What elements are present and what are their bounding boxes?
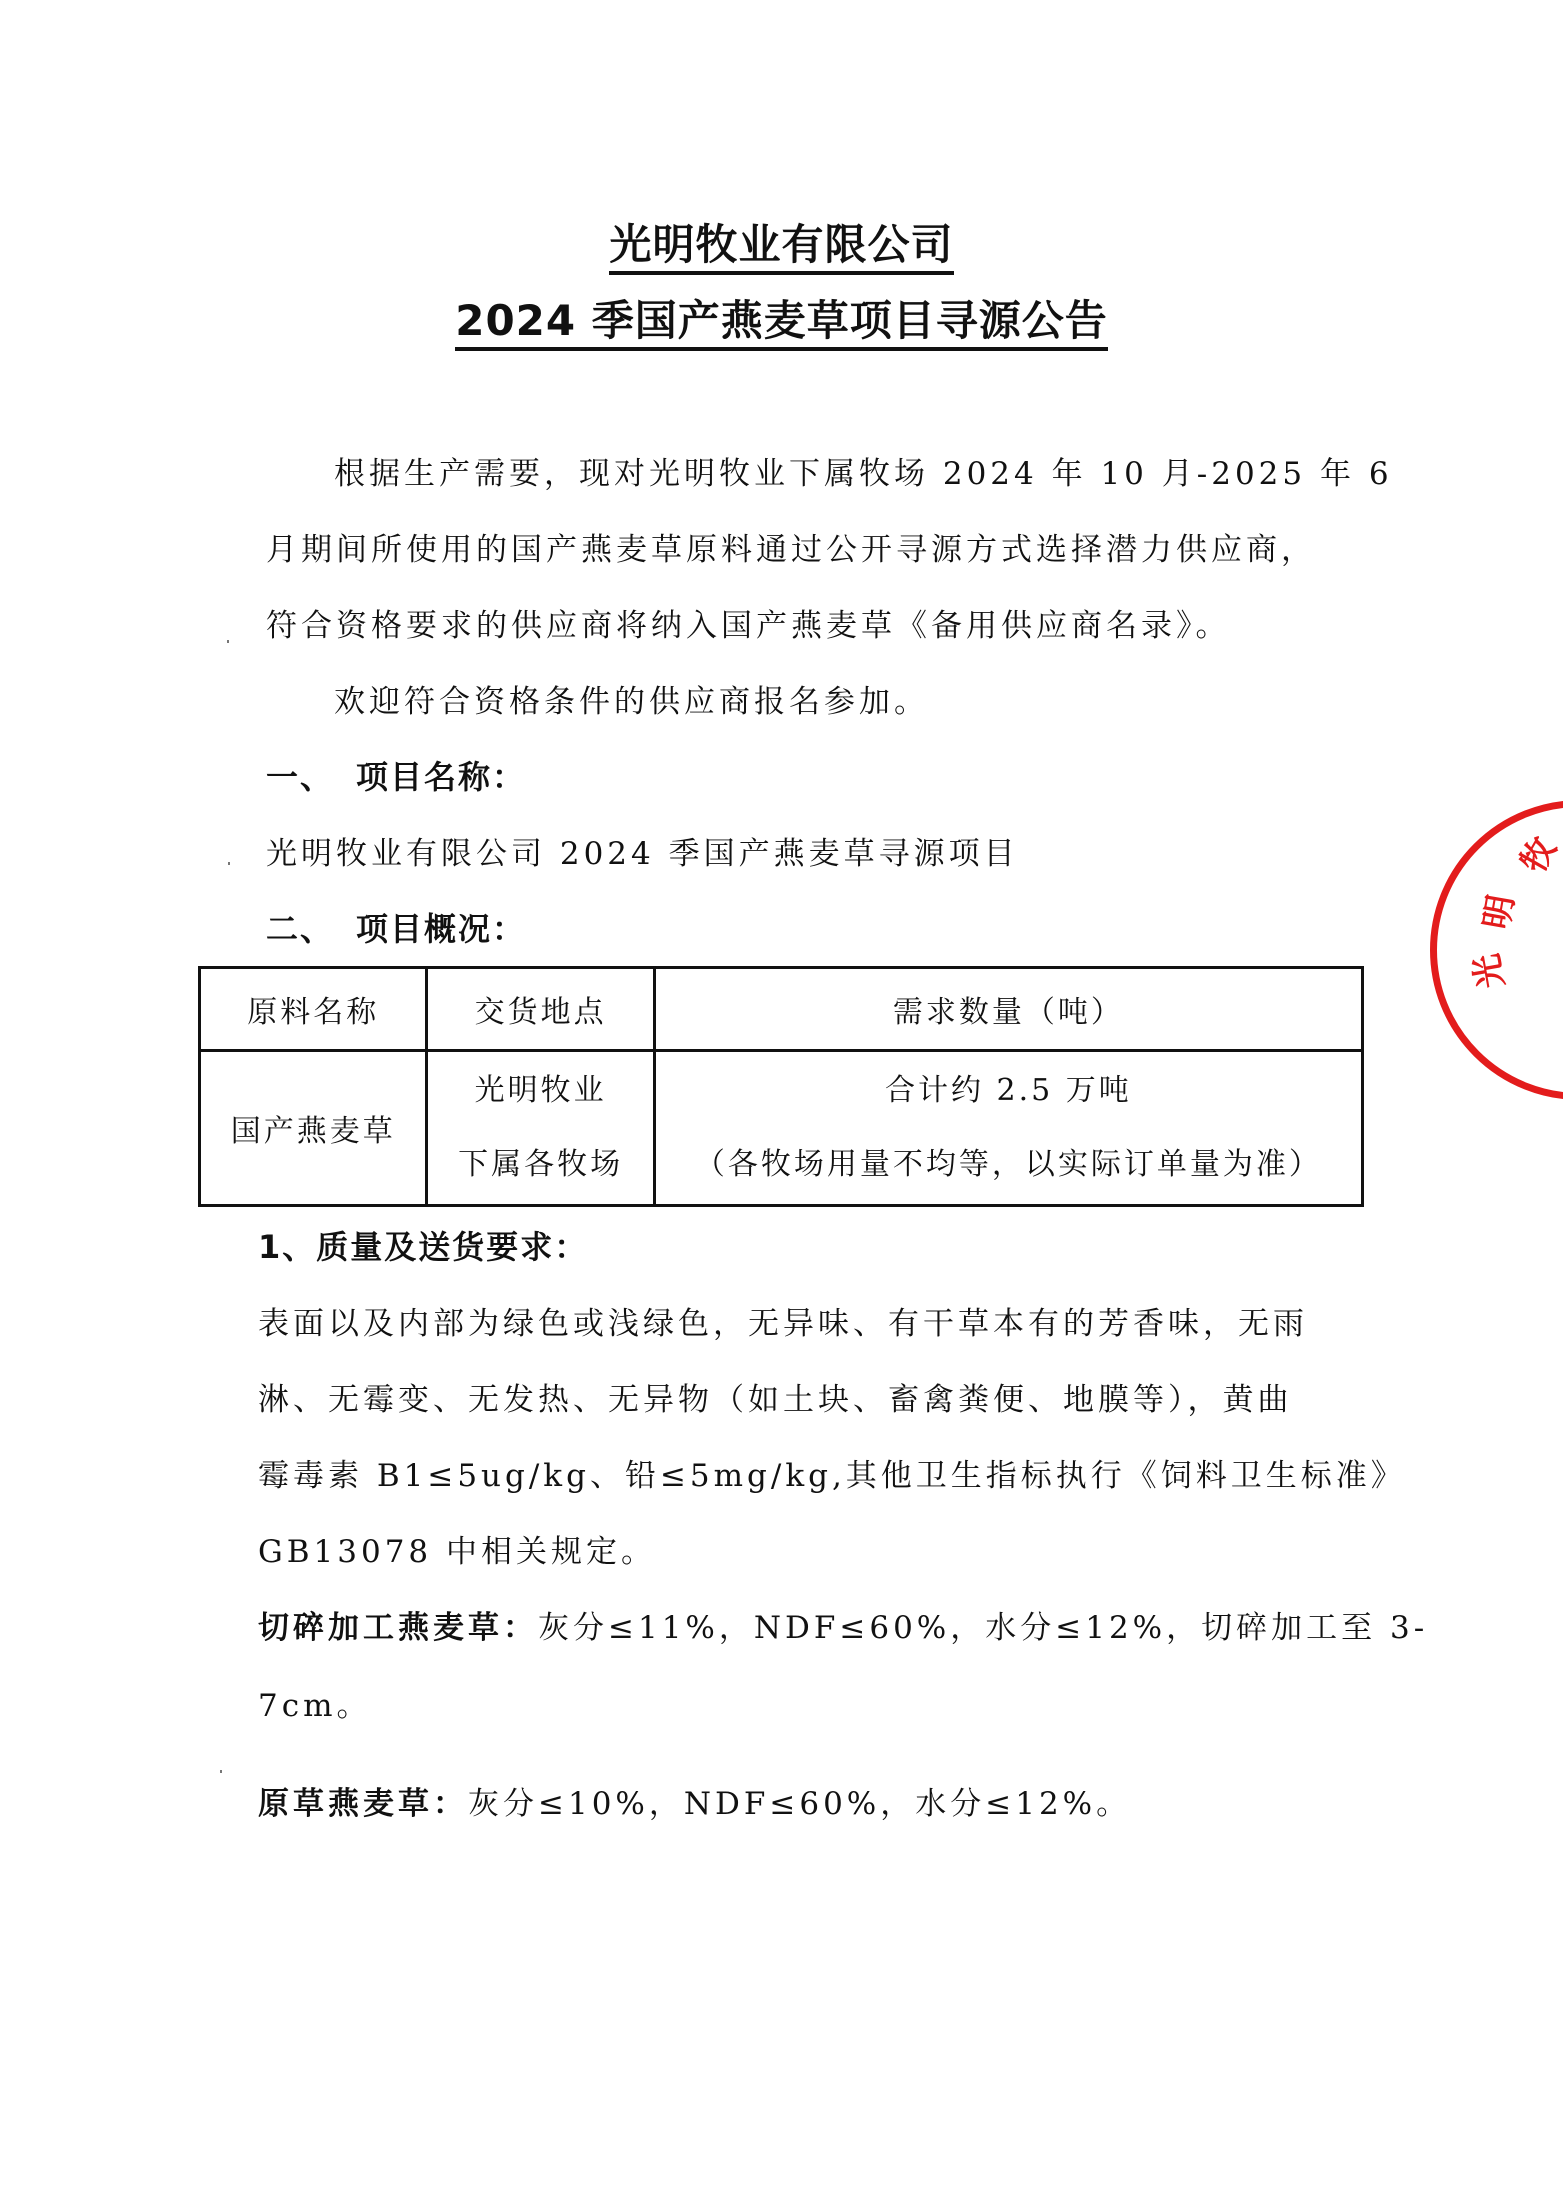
intro-line-3: 符合资格要求的供应商将纳入国产燕麦草《备用供应商名录》。 <box>266 600 1231 645</box>
title-announcement: 2024 季国产燕麦草项目寻源公告 <box>0 288 1563 348</box>
chopped-oat-label: 切碎加工燕麦草： <box>258 1610 538 1646</box>
cell-material: 国产燕麦草 <box>200 1051 427 1206</box>
scan-speck <box>227 640 229 643</box>
quality-line-1: 表面以及内部为绿色或浅绿色，无异味、有干草本有的芳香味，无雨 <box>258 1298 1308 1343</box>
project-name: 光明牧业有限公司 2024 季国产燕麦草寻源项目 <box>266 828 1019 873</box>
company-seal-stamp: 牧 明 光 <box>1430 800 1563 1100</box>
quality-line-2: 淋、无霉变、无发热、无异物（如土块、畜禽粪便、地膜等），黄曲 <box>258 1374 1293 1419</box>
header-material: 原料名称 <box>200 968 427 1051</box>
quality-heading: 1、质量及送货要求： <box>258 1222 588 1268</box>
cell-quantity: 合计约 2.5 万吨 （各牧场用量不均等，以实际订单量为准） <box>654 1051 1362 1206</box>
raw-oat-spec: 原草燕麦草：灰分≤10%，NDF≤60%，水分≤12%。 <box>258 1778 1131 1823</box>
chopped-oat-spec-cont: 7cm。 <box>258 1680 371 1725</box>
section-2-heading: 二、项目概况： <box>266 904 526 950</box>
cell-location: 光明牧业 下属各牧场 <box>427 1051 654 1206</box>
header-location: 交货地点 <box>427 968 654 1051</box>
scan-speck <box>220 1770 222 1773</box>
header-quantity: 需求数量（吨） <box>654 968 1362 1051</box>
intro-line-1: 根据生产需要，现对光明牧业下属牧场 2024 年 10 月-2025 年 6 <box>334 448 1393 493</box>
raw-oat-label: 原草燕麦草： <box>258 1786 468 1822</box>
table-row: 国产燕麦草 光明牧业 下属各牧场 合计约 2.5 万吨 （各牧场用量不均等，以实… <box>200 1051 1363 1206</box>
section-1-heading: 一、项目名称： <box>266 752 526 798</box>
intro-welcome: 欢迎符合资格条件的供应商报名参加。 <box>334 676 929 721</box>
title-company: 光明牧业有限公司 <box>0 212 1563 272</box>
scan-speck <box>228 862 230 865</box>
quality-line-4: GB13078 中相关规定。 <box>258 1526 656 1571</box>
table-header-row: 原料名称 交货地点 需求数量（吨） <box>200 968 1363 1051</box>
document-page: 光明牧业有限公司 2024 季国产燕麦草项目寻源公告 根据生产需要，现对光明牧业… <box>0 0 1563 2210</box>
quality-line-3: 霉毒素 B1≤5ug/kg、铅≤5mg/kg,其他卫生指标执行《饲料卫生标准》 <box>258 1450 1406 1495</box>
chopped-oat-spec: 切碎加工燕麦草：灰分≤11%，NDF≤60%，水分≤12%，切碎加工至 3- <box>258 1602 1428 1647</box>
intro-line-2: 月期间所使用的国产燕麦草原料通过公开寻源方式选择潜力供应商， <box>266 524 1316 569</box>
project-overview-table: 原料名称 交货地点 需求数量（吨） 国产燕麦草 光明牧业 下属各牧场 合计约 2… <box>198 966 1364 1207</box>
